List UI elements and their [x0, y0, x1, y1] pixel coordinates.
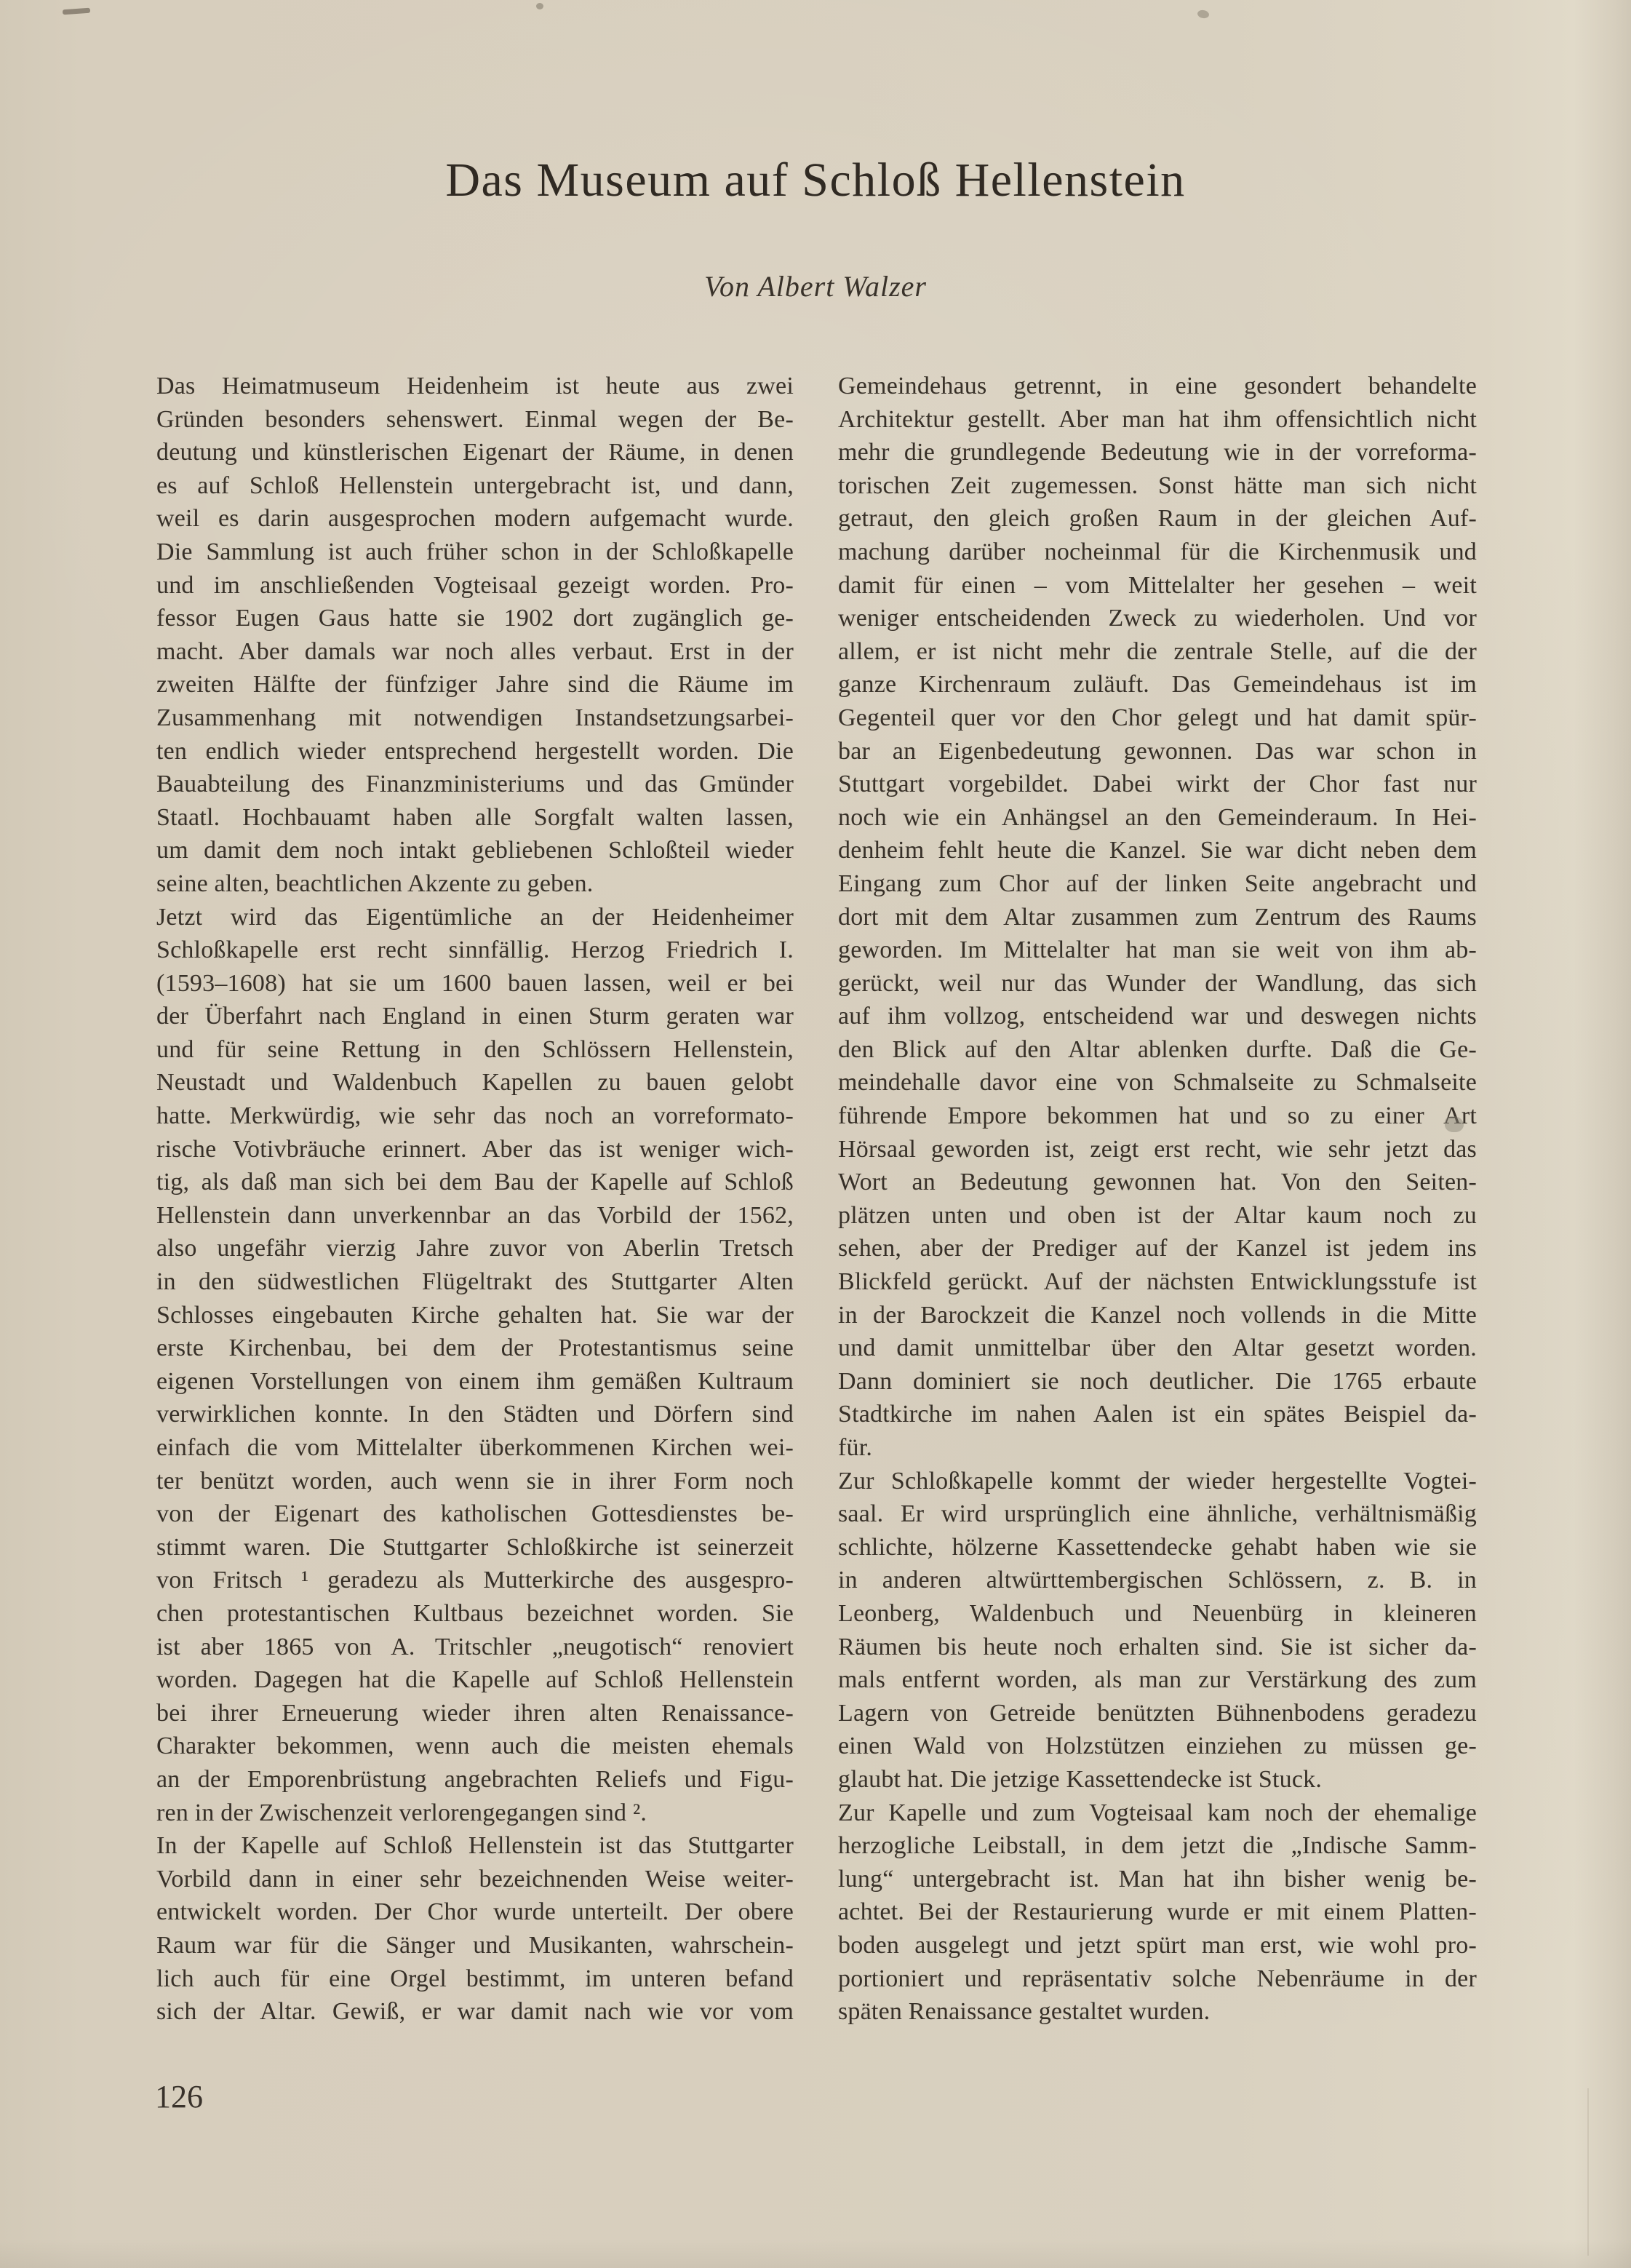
text-line: Charakter bekommen, wenn auch die meiste… [156, 1730, 794, 1763]
text-line: in den südwestlichen Flügeltrakt des Stu… [156, 1265, 794, 1299]
text-line: lung“ untergebracht ist. Man hat ihn bis… [838, 1863, 1477, 1896]
text-line: mals entfernt worden, als man zur Verstä… [838, 1663, 1477, 1697]
text-line: entwickelt worden. Der Chor wurde untert… [156, 1895, 794, 1929]
page-title: Das Museum auf Schloß Hellenstein [155, 153, 1476, 208]
text-line: ten endlich wieder entsprechend hergeste… [156, 735, 794, 768]
text-line: Staatl. Hochbauamt haben alle Sorgfalt w… [156, 801, 794, 835]
text-line: Gemeindehaus getrennt, in eine gesondert… [838, 370, 1477, 403]
text-line: eigenen Vorstellungen von einem ihm gemä… [156, 1365, 794, 1398]
text-line: also ungefähr vierzig Jahre zuvor von Ab… [156, 1232, 794, 1265]
text-line: Bauabteilung des Finanzministeriums und … [156, 768, 794, 801]
text-line: um damit dem noch intakt gebliebenen Sch… [156, 834, 794, 867]
text-line: Schloßkapelle erst recht sinnfällig. Her… [156, 934, 794, 967]
text-line: erste Kirchenbau, bei dem der Protestant… [156, 1332, 794, 1365]
text-line: meindehalle davor eine von Schmalseite z… [838, 1066, 1477, 1099]
text-line: herzogliche Leibstall, in dem jetzt die … [838, 1829, 1477, 1863]
text-line: allem, er ist nicht mehr die zentrale St… [838, 635, 1477, 669]
text-line: zweiten Hälfte der fünfziger Jahre sind … [156, 668, 794, 701]
text-line: seine alten, beachtlichen Akzente zu geb… [156, 867, 794, 901]
text-line: geworden. Im Mittelalter hat man sie wei… [838, 934, 1477, 967]
text-line: chen protestantischen Kultbaus bezeichne… [156, 1597, 794, 1631]
scan-artifact-speck [63, 8, 90, 15]
page-number: 126 [155, 2078, 203, 2115]
text-line: glaubt hat. Die jetzige Kassettendecke i… [838, 1763, 1477, 1797]
text-line: deutung und künstlerischen Eigenart der … [156, 436, 794, 469]
scan-artifact-speck [536, 3, 543, 9]
text-line: portioniert und repräsentativ solche Neb… [838, 1962, 1477, 1996]
text-line: und im anschließenden Vogteisaal gezeigt… [156, 569, 794, 602]
text-line: hatte. Merkwürdig, wie sehr das noch an … [156, 1099, 794, 1133]
text-line: noch wie ein Anhängsel an den Gemeindera… [838, 801, 1477, 835]
text-line: Raum war für die Sänger und Musikanten, … [156, 1929, 794, 1962]
text-line: boden ausgelegt und jetzt spürt man erst… [838, 1929, 1477, 1962]
text-line: Leonberg, Waldenbuch und Neuenbürg in kl… [838, 1597, 1477, 1631]
text-line: Zur Schloßkapelle kommt der wieder herge… [838, 1465, 1477, 1498]
text-line: und damit unmittelbar über den Altar ges… [838, 1332, 1477, 1365]
text-line: torischen Zeit zugemessen. Sonst hätte m… [838, 469, 1477, 503]
text-line: Zusammenhang mit notwendigen Instandsetz… [156, 701, 794, 735]
text-line: (1593–1608) hat sie um 1600 bauen lassen… [156, 967, 794, 1000]
text-line: Jetzt wird das Eigentümliche an der Heid… [156, 901, 794, 934]
text-line: denheim fehlt heute die Kanzel. Sie war … [838, 834, 1477, 867]
text-line: worden. Dagegen hat die Kapelle auf Schl… [156, 1663, 794, 1697]
text-line: getraut, den gleich großen Raum in der g… [838, 502, 1477, 536]
text-line: von der Eigenart des katholischen Gottes… [156, 1497, 794, 1531]
text-line: lich auch für eine Orgel bestimmt, im un… [156, 1962, 794, 1996]
byline: Von Albert Walzer [155, 269, 1476, 303]
text-line: Hörsaal geworden ist, zeigt erst recht, … [838, 1133, 1477, 1166]
text-line: machung darüber nocheinmal für die Kirch… [838, 536, 1477, 569]
text-line: Blickfeld gerückt. Auf der nächsten Entw… [838, 1265, 1477, 1299]
scanned-book-page: Das Museum auf Schloß Hellenstein Von Al… [0, 0, 1631, 2268]
text-line: einen Wald von Holzstützen einziehen zu … [838, 1730, 1477, 1763]
text-line: Hellenstein dann unverkennbar an das Vor… [156, 1199, 794, 1233]
text-line: von Fritsch ¹ geradezu als Mutterkirche … [156, 1564, 794, 1597]
text-line: führende Empore bekommen hat und so zu e… [838, 1099, 1477, 1133]
text-line: ter benützt worden, auch wenn sie in ihr… [156, 1465, 794, 1498]
text-line: ist aber 1865 von A. Tritschler „neugoti… [156, 1631, 794, 1664]
text-line: stimmt waren. Die Stuttgarter Schloßkirc… [156, 1531, 794, 1564]
text-line: in anderen altwürttembergischen Schlösse… [838, 1564, 1477, 1597]
text-line: Dann dominiert sie noch deutlicher. Die … [838, 1365, 1477, 1398]
text-line: bei ihrer Erneuerung wieder ihren alten … [156, 1697, 794, 1730]
text-line: Zur Kapelle und zum Vogteisaal kam noch … [838, 1797, 1477, 1830]
left-text-column: Das Heimatmuseum Heidenheim ist heute au… [156, 370, 794, 2029]
text-line: saal. Er wird ursprünglich eine ähnliche… [838, 1497, 1477, 1531]
text-line: plätzen unten und oben ist der Altar kau… [838, 1199, 1477, 1233]
scan-artifact-speck [1197, 9, 1210, 20]
text-line: Vorbild dann in einer sehr bezeichnenden… [156, 1863, 794, 1896]
text-line: es auf Schloß Hellenstein untergebracht … [156, 469, 794, 503]
text-line: tig, als daß man sich bei dem Bau der Ka… [156, 1166, 794, 1199]
text-line: bar an Eigenbedeutung gewonnen. Das war … [838, 735, 1477, 768]
text-line: damit für einen – vom Mittelalter her ge… [838, 569, 1477, 602]
text-line: Räumen bis heute noch erhalten sind. Sie… [838, 1631, 1477, 1664]
text-line: Architektur gestellt. Aber man hat ihm o… [838, 403, 1477, 437]
text-line: Gegenteil quer vor den Chor gelegt und h… [838, 701, 1477, 735]
text-line: Stuttgart vorgebildet. Dabei wirkt der C… [838, 768, 1477, 801]
text-line: fessor Eugen Gaus hatte sie 1902 dort zu… [156, 602, 794, 635]
text-line: sehen, aber der Prediger auf der Kanzel … [838, 1232, 1477, 1265]
text-line: ganze Kirchenraum zuläuft. Das Gemeindeh… [838, 668, 1477, 701]
text-line: Neustadt und Waldenbuch Kapellen zu baue… [156, 1066, 794, 1099]
text-line: in der Barockzeit die Kanzel noch vollen… [838, 1299, 1477, 1332]
text-line: der Überfahrt nach England in einen Stur… [156, 1000, 794, 1033]
text-line: sich der Altar. Gewiß, er war damit nach… [156, 1995, 794, 2029]
text-line: mehr die grundlegende Bedeutung wie in d… [838, 436, 1477, 469]
text-line: ren in der Zwischenzeit verlorengegangen… [156, 1797, 794, 1830]
text-line: weniger entscheidenden Zweck zu wiederho… [838, 602, 1477, 635]
text-line: Stadtkirche im nahen Aalen ist ein späte… [838, 1398, 1477, 1431]
text-line: Schlosses eingebauten Kirche gehalten ha… [156, 1299, 794, 1332]
text-line: gerückt, weil nur das Wunder der Wandlun… [838, 967, 1477, 1000]
text-line: Eingang zum Chor auf der linken Seite an… [838, 867, 1477, 901]
text-line: Das Heimatmuseum Heidenheim ist heute au… [156, 370, 794, 403]
text-line: Gründen besonders sehenswert. Einmal weg… [156, 403, 794, 437]
text-line: späten Renaissance gestaltet wurden. [838, 1995, 1477, 2029]
text-line: dort mit dem Altar zusammen zum Zentrum … [838, 901, 1477, 934]
scan-artifact-crease [1587, 2088, 1589, 2256]
text-line: auf ihm vollzog, entscheidend war und de… [838, 1000, 1477, 1033]
text-line: Wort an Bedeutung gewonnen hat. Von den … [838, 1166, 1477, 1199]
text-line: an der Emporenbrüstung angebrachten Reli… [156, 1763, 794, 1797]
text-line: rische Votivbräuche erinnert. Aber das i… [156, 1133, 794, 1166]
text-line: einfach die vom Mittelalter überkommenen… [156, 1431, 794, 1465]
right-text-column: Gemeindehaus getrennt, in eine gesondert… [838, 370, 1477, 2029]
text-line: verwirklichen konnte. In den Städten und… [156, 1398, 794, 1431]
text-line: schlichte, hölzerne Kassettendecke gehab… [838, 1531, 1477, 1564]
text-line: weil es darin ausgesprochen modern aufge… [156, 502, 794, 536]
text-line: macht. Aber damals war noch alles verbau… [156, 635, 794, 669]
text-line: achtet. Bei der Restaurierung wurde er m… [838, 1895, 1477, 1929]
text-line: In der Kapelle auf Schloß Hellenstein is… [156, 1829, 794, 1863]
text-line: Lagern von Getreide benützten Bühnenbode… [838, 1697, 1477, 1730]
text-line: für. [838, 1431, 1477, 1465]
text-line: Die Sammlung ist auch früher schon in de… [156, 536, 794, 569]
text-line: und für seine Rettung in den Schlössern … [156, 1033, 794, 1067]
text-line: den Blick auf den Altar ablenken durfte.… [838, 1033, 1477, 1067]
